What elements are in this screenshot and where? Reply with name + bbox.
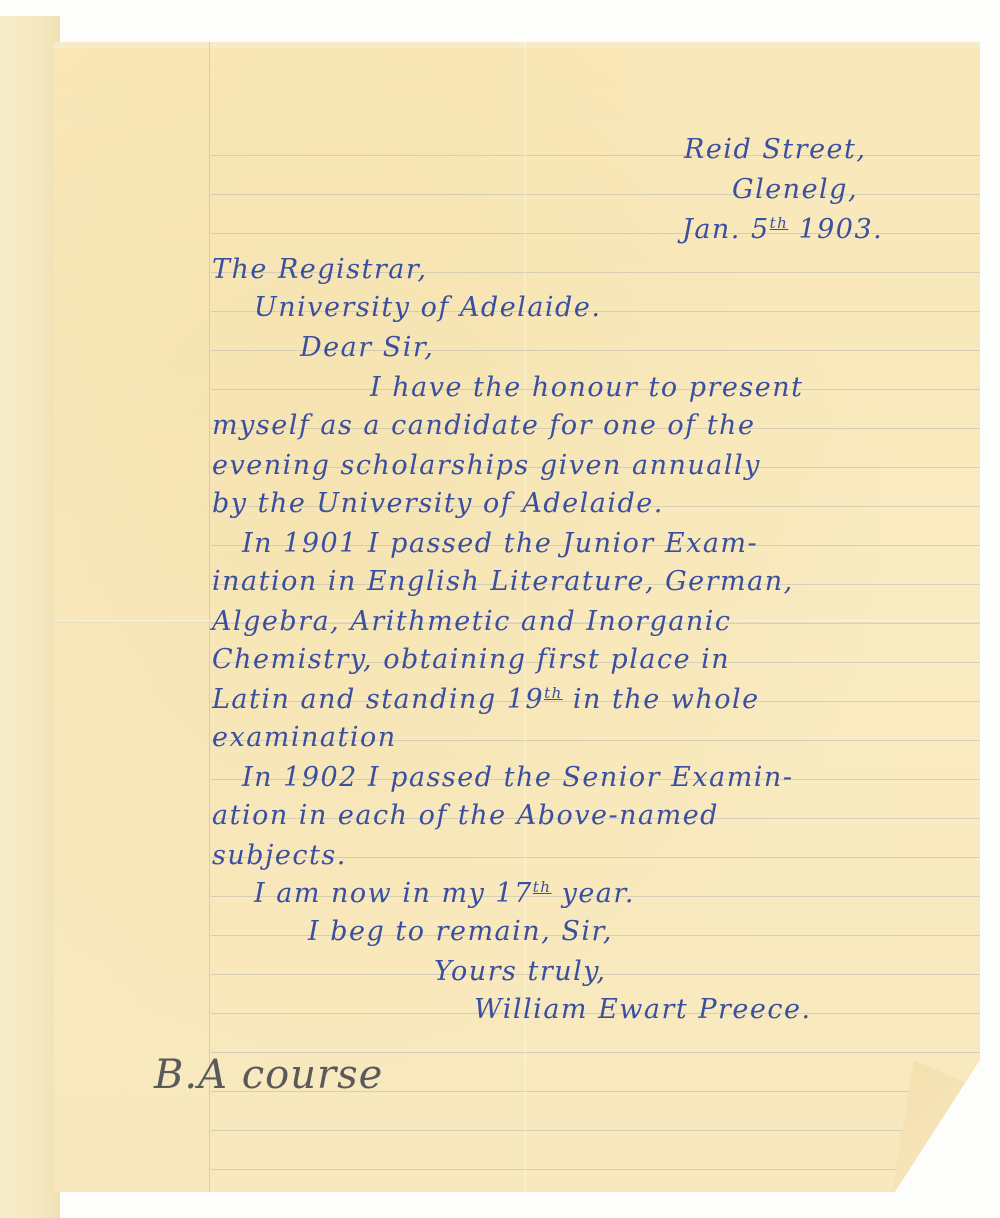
- ruled-line: [211, 1130, 980, 1131]
- pencil-annotation: B.A course: [154, 1052, 383, 1098]
- folded-corner: [892, 1060, 980, 1192]
- age-suffix: year.: [551, 878, 634, 909]
- date-day: Jan. 5: [682, 214, 770, 245]
- signature: William Ewart Preece.: [474, 994, 812, 1025]
- age-text: I am now in my 17: [254, 878, 533, 909]
- ruled-line: [211, 1169, 980, 1170]
- body-line: In 1902 I passed the Senior Examin-: [242, 762, 793, 793]
- latin-suffix: in the whole: [563, 684, 760, 715]
- recipient-institution: University of Adelaide.: [254, 292, 601, 323]
- body-line: ation in each of the Above-named: [212, 800, 719, 831]
- closing-line: I beg to remain, Sir,: [308, 916, 613, 947]
- latin-text: Latin and standing 19: [212, 684, 544, 715]
- body-line: evening scholarships given annually: [212, 450, 761, 481]
- address-street: Reid Street,: [684, 134, 866, 165]
- body-line: Algebra, Arithmetic and Inorganic: [212, 606, 732, 637]
- body-line: by the University of Adelaide.: [212, 488, 664, 519]
- salutation: Dear Sir,: [300, 332, 434, 363]
- back-page-edge: [0, 16, 60, 1218]
- latin-sup: th: [544, 684, 563, 702]
- date-year: 1903.: [788, 214, 883, 245]
- address-suburb: Glenelg,: [732, 174, 858, 205]
- age-sup: th: [533, 878, 552, 896]
- letter-sheet: Reid Street, Glenelg, Jan. 5th 1903. The…: [54, 42, 980, 1192]
- body-line: myself as a candidate for one of the: [212, 410, 755, 441]
- body-line: subjects.: [212, 840, 347, 871]
- date-suffix: th: [770, 214, 789, 232]
- body-line-latin: Latin and standing 19th in the whole: [212, 684, 760, 715]
- body-line: examination: [212, 722, 397, 753]
- top-strip: [54, 42, 980, 48]
- body-line: In 1901 I passed the Junior Exam-: [242, 528, 758, 559]
- body-line: ination in English Literature, German,: [212, 566, 794, 597]
- body-line: Chemistry, obtaining first place in: [212, 644, 730, 675]
- ruled-line: [211, 194, 980, 195]
- margin-line: [209, 42, 210, 1192]
- body-line: I have the honour to present: [370, 372, 803, 403]
- letter-date: Jan. 5th 1903.: [682, 214, 883, 245]
- age-line: I am now in my 17th year.: [254, 878, 635, 909]
- closing-valediction: Yours truly,: [434, 956, 607, 987]
- recipient-title: The Registrar,: [212, 254, 427, 285]
